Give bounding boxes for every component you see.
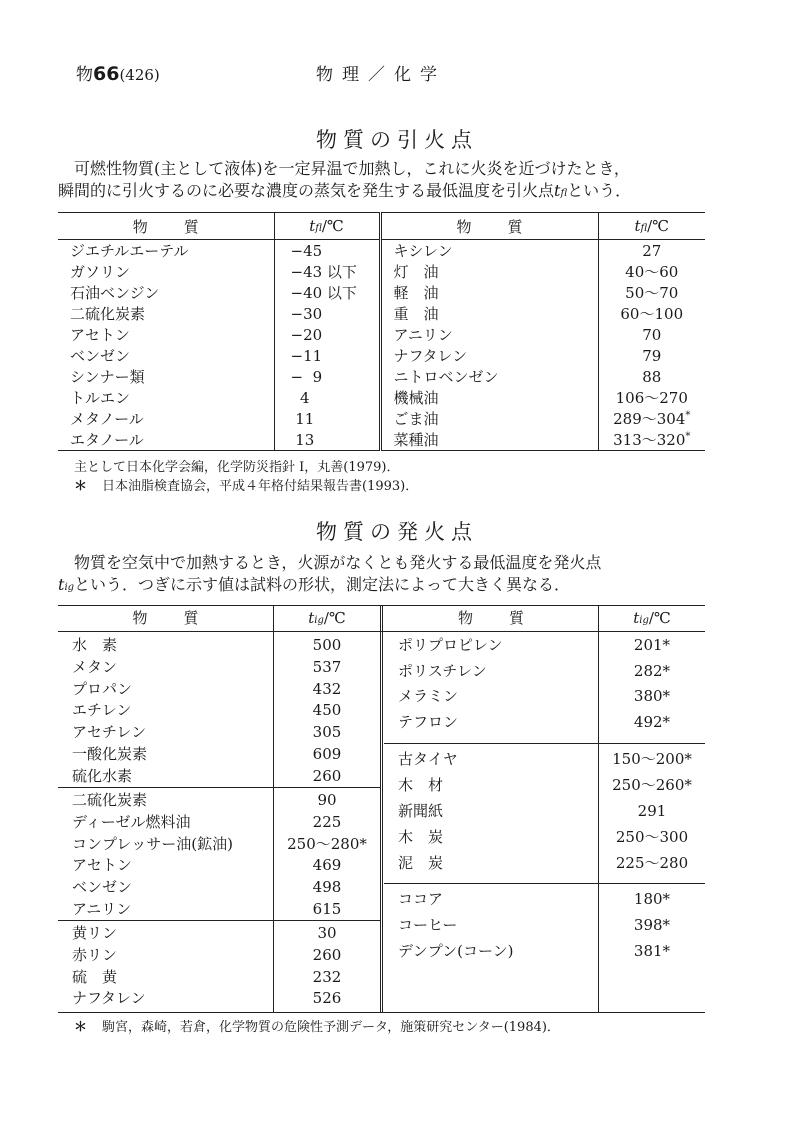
flash-note-2: ＊日本油脂検査協会，平成４年格付結果報告書(1993)． (74, 477, 418, 496)
flash-point-value-text: 70 (642, 326, 661, 344)
temp-unit: /℃ (647, 217, 669, 235)
flash-point-value-text: 50～70 (625, 284, 678, 302)
substance-name: 菜種油 (380, 429, 598, 451)
ignition-point-value: 469 (274, 855, 380, 876)
table-header-row: 物質 tfl/℃ 物質 tfl/℃ (58, 213, 705, 240)
flash-point-value: −30 (274, 303, 380, 324)
flash-point-value: 11 (274, 408, 380, 429)
substance-name: 泥 炭 (398, 853, 443, 874)
ignition-point-value: 30 (274, 923, 380, 944)
substance-name-text: ナフタレン (394, 347, 468, 365)
ignition-point-value: 250～260* (599, 775, 705, 796)
flash-note-1: 主として日本化学会編，化学防災指針 I，丸善(1979)． (74, 458, 418, 477)
ignition-point-value: 380* (599, 686, 705, 707)
substance-name-text: ガソリン (70, 263, 130, 281)
substance-name: メタノール (58, 408, 274, 429)
substance-name: アセトン (72, 855, 132, 876)
footnote-mark: * (685, 410, 690, 421)
flash-point-value-text: 40～60 (625, 263, 678, 281)
flash-point-value-text: −40 以下 (291, 284, 357, 302)
flash-point-value: 88 (598, 366, 705, 387)
flash-point-title: 物質の引火点 (0, 124, 794, 154)
ignition-point-value: 492* (599, 712, 705, 733)
ignition-point-value: 201* (599, 635, 705, 656)
flash-note-2-text: 日本油脂検査協会，平成４年格付結果報告書(1993)． (102, 479, 418, 494)
ignition-point-value: 537 (274, 657, 380, 678)
flash-point-value-text: 289～304 (613, 410, 685, 428)
table-row: メタノール 11ごま油289～304* (58, 408, 705, 429)
ignition-point-value: 398* (599, 915, 705, 936)
ignition-point-value: 260 (274, 945, 380, 966)
ignition-point-value: 609 (274, 744, 380, 765)
substance-name-text: 菜種油 (394, 431, 439, 449)
temp-unit: /℃ (324, 609, 346, 627)
substance-name: 硫 黄 (72, 967, 117, 988)
table-row: トルエン 4機械油106～270 (58, 387, 705, 408)
flash-point-value: 60～100 (598, 303, 705, 324)
substance-name: ココア (398, 889, 443, 910)
substance-name: 硫化水素 (72, 766, 132, 787)
flash-intro-line2: 瞬間的に引火するのに必要な濃度の蒸気を発生する最低温度を引火点tflという． (58, 180, 708, 205)
ignition-point-value: 498 (274, 877, 380, 898)
substance-name: ベンゼン (58, 345, 274, 366)
flash-point-value-text: 79 (642, 347, 661, 365)
ignition-point-value: 282* (599, 661, 705, 682)
page-number-overall: (426) (119, 66, 159, 84)
substance-name-text: キシレン (394, 242, 453, 260)
substance-name-text: 二硫化炭素 (70, 305, 145, 323)
col-header-substance: 物質 (58, 213, 274, 240)
col-header-substance-2: 物質 (384, 605, 598, 631)
substance-name-text: 重 油 (394, 305, 439, 323)
flash-point-value: 13 (274, 429, 380, 451)
substance-name: アニリン (380, 324, 598, 345)
flash-intro-text: 瞬間的に引火するのに必要な濃度の蒸気を発生する最低温度を引火点 (58, 181, 554, 200)
asterisk-mark: ＊ (74, 477, 102, 496)
substance-name: 石油ベンジン (58, 282, 274, 303)
group-divider (384, 883, 705, 884)
page-number-main: 66 (93, 63, 119, 85)
ignition-point-value: 260 (274, 766, 380, 787)
substance-name-text: ジエチルエーテル (70, 242, 189, 260)
ignition-point-value: 225～280 (599, 853, 705, 874)
ignition-intro-text: という．つぎに示す値は試料の形状，測定法によって大きく異なる． (74, 575, 570, 594)
group-divider (384, 743, 705, 744)
substance-name: 木 炭 (398, 827, 443, 848)
substance-name: 重 油 (380, 303, 598, 324)
flash-point-value-text: 11 (291, 410, 315, 428)
substance-name-text: シンナー類 (70, 368, 145, 386)
substance-name: 黄リン (72, 923, 117, 944)
flash-point-value: − 9 (274, 366, 380, 387)
table-row: エタノール 13菜種油313～320* (58, 429, 705, 451)
flash-point-value: 50～70 (598, 282, 705, 303)
substance-name-text: エタノール (70, 431, 144, 449)
page-prefix: 物 (76, 65, 93, 85)
substance-name-text: 軽 油 (394, 284, 439, 302)
substance-name-text: 灯 油 (394, 263, 439, 281)
flash-point-value: −20 (274, 324, 380, 345)
substance-name: アニリン (72, 899, 131, 920)
page-number: 物66(426) (76, 60, 160, 85)
substance-name: 二硫化炭素 (72, 790, 147, 811)
ignition-point-value: 500 (274, 635, 380, 656)
flash-point-value: −11 (274, 345, 380, 366)
substance-name-text: トルエン (70, 389, 130, 407)
col-header-temp-2: tfl/℃ (598, 213, 705, 240)
flash-point-value: 27 (598, 240, 705, 262)
flash-point-value-text: 88 (642, 368, 661, 386)
substance-name: デンプン(コーン) (398, 941, 514, 962)
table-row: アセトン−20アニリン70 (58, 324, 705, 345)
ignition-note-text: 駒宮，森崎，若倉，化学物質の危険性予測データ，施策研究センター(1984)． (102, 1020, 560, 1035)
substance-name: コンプレッサー油(鉱油) (72, 834, 233, 855)
ignition-point-value: 615 (274, 899, 380, 920)
ignition-point-value: 291 (599, 801, 705, 822)
flash-point-value: −40 以下 (274, 282, 380, 303)
flash-point-value: 40～60 (598, 261, 705, 282)
flash-point-value-text: −11 (291, 347, 323, 365)
substance-name-text: ごま油 (394, 410, 439, 428)
table-row: ガソリン−43 以下灯 油40～60 (58, 261, 705, 282)
col-substance-label: 物質 (422, 609, 560, 627)
flash-point-value-text: 13 (291, 431, 315, 449)
ignition-point-title: 物質の発火点 (0, 516, 794, 546)
flash-point-value-text: − 9 (291, 368, 323, 386)
substance-name: ナフタレン (72, 988, 146, 1009)
table-row: 石油ベンジン−40 以下軽 油50～70 (58, 282, 705, 303)
ignition-point-value: 232 (274, 967, 380, 988)
flash-point-value: 289～304* (598, 408, 705, 429)
col-header-temp: tfl/℃ (274, 213, 380, 240)
substance-name: 水 素 (72, 635, 117, 656)
col-header-temp: tig/℃ (274, 605, 380, 631)
table-row: 二硫化炭素−30重 油60～100 (58, 303, 705, 324)
substance-name: 新聞紙 (398, 801, 443, 822)
flash-point-value-text: 60～100 (620, 305, 683, 323)
substance-name: コーヒー (398, 915, 457, 936)
substance-name: ニトロベンゼン (380, 366, 598, 387)
flash-point-value: 79 (598, 345, 705, 366)
asterisk-mark: ＊ (74, 1018, 102, 1037)
substance-name-text: 石油ベンジン (70, 284, 159, 302)
substance-name: トルエン (58, 387, 274, 408)
column-double-divider (380, 605, 383, 1013)
col-substance-label: 物質 (97, 218, 235, 236)
substance-name: シンナー類 (58, 366, 274, 387)
group-divider (58, 920, 380, 921)
substance-name: ジエチルエーテル (58, 240, 274, 262)
section-title: 物理／化学 (316, 60, 446, 85)
substance-name: メラミン (398, 686, 458, 707)
ignition-point-value: 305 (274, 722, 380, 743)
flash-point-table: 物質 tfl/℃ 物質 tfl/℃ ジエチルエーテル−45キシレン27ガソリン−… (58, 212, 705, 451)
ignition-symbol-sub: ig (64, 582, 74, 593)
ignition-point-intro: 物質を空気中で加熱するとき，火源がなくとも発火する最低温度を発火点 tigという… (58, 552, 708, 599)
col-header-substance: 物質 (58, 605, 273, 631)
ignition-point-value: 381* (599, 941, 705, 962)
footnote-mark: * (685, 431, 690, 442)
flash-point-value: 4 (274, 387, 380, 408)
substance-name: ディーゼル燃料油 (72, 812, 191, 833)
substance-name: 古タイヤ (398, 749, 458, 770)
col-header-temp-2: tig/℃ (599, 605, 705, 631)
group-divider (58, 787, 380, 788)
substance-name: プロパン (72, 679, 132, 700)
substance-name: ベンゼン (72, 877, 132, 898)
flash-intro-line1: 可燃性物質(主として液体)を一定昇温で加熱し，これに火炎を近づけたとき， (58, 158, 708, 180)
temp-sub: ig (314, 615, 324, 626)
ignition-intro-line1: 物質を空気中で加熱するとき，火源がなくとも発火する最低温度を発火点 (58, 552, 708, 574)
flash-point-value: 70 (598, 324, 705, 345)
substance-name: アセトン (58, 324, 274, 345)
ignition-point-value: 250～300 (599, 827, 705, 848)
col-header-substance-2: 物質 (380, 213, 598, 240)
ignition-point-value: 225 (274, 812, 380, 833)
ignition-point-value: 450 (274, 700, 380, 721)
flash-point-value-text: 313～320 (613, 431, 685, 449)
flash-notes: 主として日本化学会編，化学防災指針 I，丸善(1979)． ＊日本油脂検査協会，… (74, 458, 418, 496)
substance-name: テフロン (398, 712, 458, 733)
substance-name: ガソリン (58, 261, 274, 282)
col-substance-label: 物質 (96, 609, 234, 627)
flash-point-value-text: 27 (642, 242, 661, 260)
col-substance-label: 物質 (420, 218, 558, 236)
substance-name: ごま油 (380, 408, 598, 429)
substance-name: 二硫化炭素 (58, 303, 274, 324)
temp-unit: /℃ (322, 217, 344, 235)
substance-name: 灯 油 (380, 261, 598, 282)
substance-name: 軽 油 (380, 282, 598, 303)
flash-point-value-text: −30 (291, 305, 323, 323)
substance-name: 一酸化炭素 (72, 744, 147, 765)
temp-unit: /℃ (649, 609, 671, 627)
page-header: 物66(426) 物理／化学 (76, 60, 716, 86)
ignition-intro-line2: tigという．つぎに示す値は試料の形状，測定法によって大きく異なる． (58, 574, 708, 599)
ignition-point-value: 90 (274, 790, 380, 811)
table-row: ジエチルエーテル−45キシレン27 (58, 240, 705, 262)
substance-name: 赤リン (72, 945, 117, 966)
flash-intro-end: という． (567, 181, 631, 200)
table-row: ベンゼン−11ナフタレン79 (58, 345, 705, 366)
flash-point-value: −43 以下 (274, 261, 380, 282)
substance-name: キシレン (380, 240, 598, 262)
substance-name: メタン (72, 657, 117, 678)
substance-name: 木 材 (398, 775, 443, 796)
substance-name-text: ニトロベンゼン (394, 368, 499, 386)
ignition-point-value: 150～200* (599, 749, 705, 770)
substance-name: エチレン (72, 700, 131, 721)
ignition-point-value: 432 (274, 679, 380, 700)
flash-point-value-text: 106～270 (616, 389, 688, 407)
ignition-point-value: 180* (599, 889, 705, 910)
flash-point-value-text: 4 (291, 389, 310, 407)
flash-point-intro: 可燃性物質(主として液体)を一定昇温で加熱し，これに火炎を近づけたとき， 瞬間的… (58, 158, 708, 205)
table-row: シンナー類− 9ニトロベンゼン88 (58, 366, 705, 387)
temp-sub: fl (315, 223, 322, 234)
ignition-point-value: 250～280* (274, 834, 380, 855)
substance-name: ナフタレン (380, 345, 598, 366)
ignition-point-table: 物質 tig/℃ 物質 tig/℃ 水 素500メタン537プロパン432エチレ… (58, 605, 705, 1013)
substance-name-text: アセトン (70, 326, 130, 344)
flash-point-value-text: −20 (291, 326, 323, 344)
temp-sub: ig (639, 615, 649, 626)
flash-point-value: 106～270 (598, 387, 705, 408)
substance-name-text: 機械油 (394, 389, 439, 407)
flash-point-value: −45 (274, 240, 380, 262)
substance-name: ポリスチレン (398, 661, 487, 682)
flash-point-value-text: −45 (291, 242, 323, 260)
substance-name-text: ベンゼン (70, 347, 130, 365)
substance-name: アセチレン (72, 722, 146, 743)
flash-point-value-text: −43 以下 (291, 263, 357, 281)
substance-name: エタノール (58, 429, 274, 451)
substance-name-text: メタノール (70, 410, 144, 428)
substance-name-text: アニリン (394, 326, 453, 344)
substance-name: ポリプロピレン (398, 635, 503, 656)
flash-point-value: 313～320* (598, 429, 705, 451)
substance-name: 機械油 (380, 387, 598, 408)
ignition-point-value: 526 (274, 988, 380, 1009)
ignition-note: ＊駒宮，森崎，若倉，化学物質の危険性予測データ，施策研究センター(1984)． (74, 1018, 560, 1037)
